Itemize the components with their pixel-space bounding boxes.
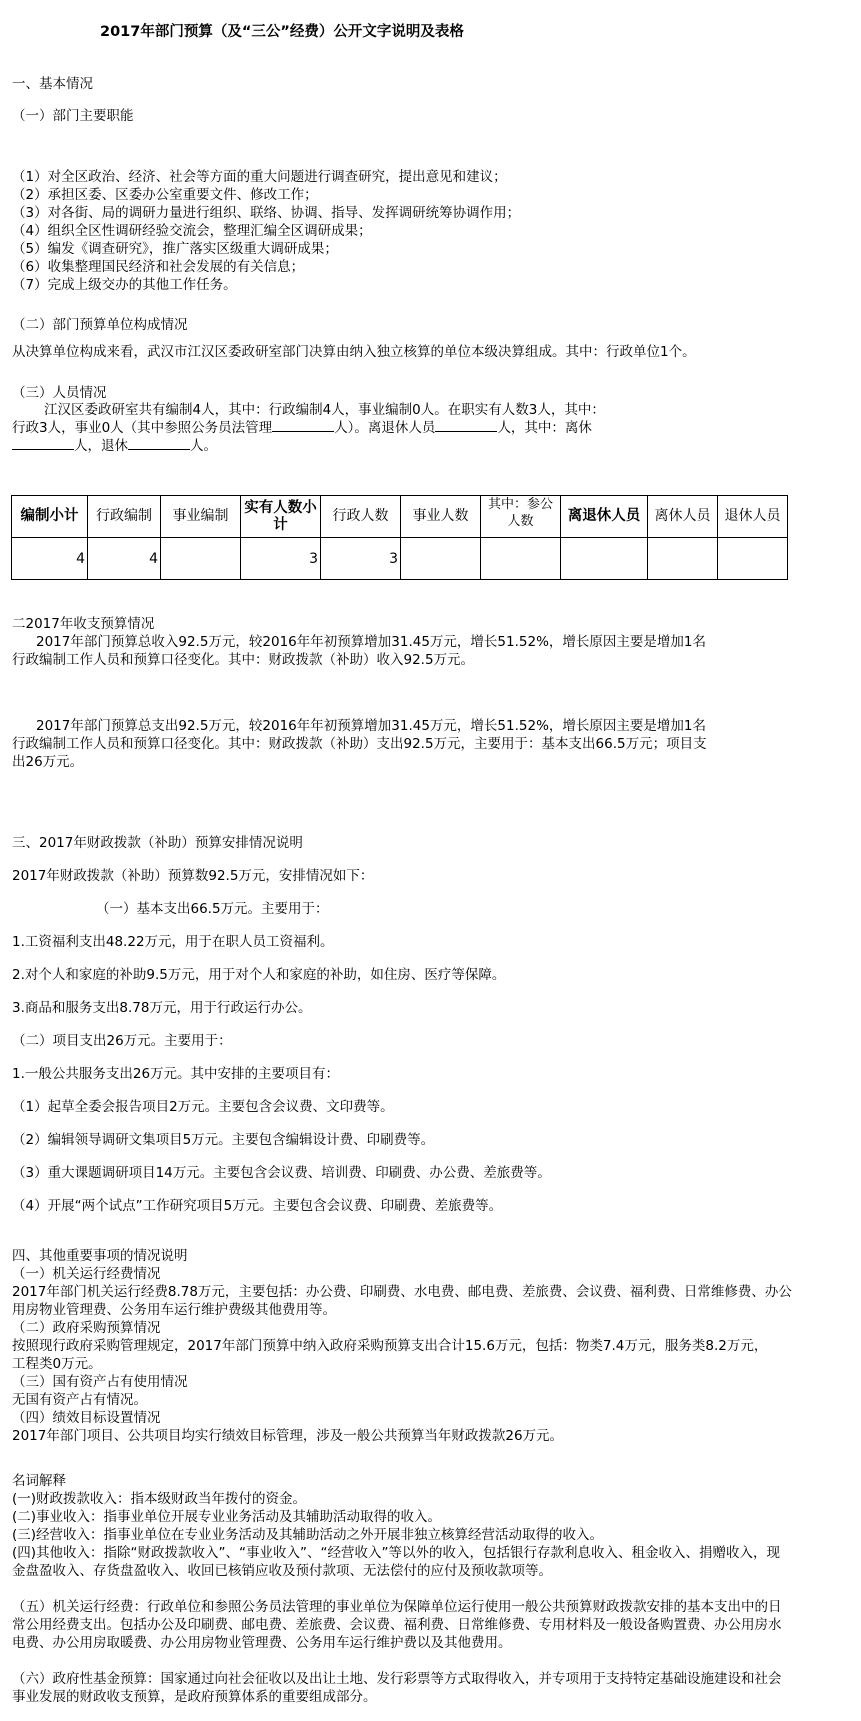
s4-text: 2017年部门机关运行经费8.78万元，主要包括：办公费、印刷费、水电费、邮电费…	[12, 1283, 792, 1319]
table-row: 4 4 3 3	[12, 538, 788, 580]
s4-sub-heading: （四）绩效目标设置情况	[12, 1409, 161, 1427]
glossary-item: （六）政府性基金预算：国家通过向社会征收以及出让土地、发行彩票等方式取得收入，并…	[12, 1670, 792, 1706]
table-cell	[481, 538, 561, 580]
duty-item: （5）编发《调查研究》，推广落实区级重大调研成果；	[12, 240, 338, 258]
glossary-item: (二)事业收入：指事业单位开展专业业务活动及其辅助活动取得的收入。	[12, 1508, 441, 1526]
table-cell: 3	[241, 538, 321, 580]
table-header-cell: 其中：参公人数	[481, 496, 561, 538]
table-cell	[718, 538, 788, 580]
section-4-heading: 四、其他重要事项的情况说明	[12, 1247, 188, 1265]
project-item: （4）开展“两个试点”工作研究项目5万元。主要包含会议费、印刷费、差旅费等。	[12, 1197, 502, 1215]
subsection-duties-heading: （一）部门主要职能	[12, 107, 134, 125]
income-paragraph: 2017年部门预算总收入92.5万元，较2016年年初预算增加31.45万元，增…	[12, 633, 712, 669]
table-header-cell: 离休人员	[648, 496, 718, 538]
duty-item: （2）承担区委、区委办公室重要文件、修改工作；	[12, 186, 318, 204]
table-header-cell: 事业人数	[401, 496, 481, 538]
staff-text-line-1: 江汉区委政研室共有编制4人，其中：行政编制4人，事业编制0人。在职实有人数3人，…	[44, 401, 605, 419]
basic-expense-heading: （一）基本支出66.5万元。主要用于：	[96, 900, 329, 918]
duty-item: （6）收集整理国民经济和社会发展的有关信息；	[12, 258, 304, 276]
s4-text: 2017年部门项目、公共项目均实行绩效目标管理，涉及一般公共预算当年财政拨款26…	[12, 1427, 563, 1445]
glossary-item: (三)经营收入：指事业单位在专业业务活动及其辅助活动之外开展非独立核算经营活动取…	[12, 1526, 603, 1544]
staff-table: 编制小计 行政编制 事业编制 实有人数小计 行政人数 事业人数 其中：参公人数 …	[11, 495, 788, 580]
s4-sub-heading: （一）机关运行经费情况	[12, 1265, 161, 1283]
page-title: 2017年部门预算（及“三公”经费）公开文字说明及表格	[100, 23, 464, 41]
project-general-text: 1.一般公共服务支出26万元。其中安排的主要项目有：	[12, 1065, 339, 1083]
table-cell: 3	[321, 538, 401, 580]
duty-item: （7）完成上级交办的其他工作任务。	[12, 276, 237, 294]
staff-text-part: 人）。离退休人员	[334, 420, 435, 436]
s4-text: 无国有资产占有情况。	[12, 1391, 147, 1409]
table-header-cell: 事业编制	[161, 496, 241, 538]
table-header-cell: 行政编制	[88, 496, 161, 538]
units-text: 从决算单位构成来看，武汉市江汉区委政研室部门决算由纳入独立核算的单位本级决算组成…	[12, 343, 696, 361]
blank-field	[435, 419, 497, 432]
blank-field	[128, 437, 190, 450]
blank-field	[12, 437, 74, 450]
table-header-cell: 退休人员	[718, 496, 788, 538]
s4-sub-heading: （二）政府采购预算情况	[12, 1319, 161, 1337]
table-cell: 4	[12, 538, 88, 580]
basic-expense-item: 1.工资福利支出48.22万元，用于在职人员工资福利。	[12, 933, 334, 951]
staff-text-part: 人。	[190, 438, 217, 454]
table-header-cell: 编制小计	[12, 496, 88, 538]
table-header-row: 编制小计 行政编制 事业编制 实有人数小计 行政人数 事业人数 其中：参公人数 …	[12, 496, 788, 538]
table-cell	[401, 538, 481, 580]
glossary-item: (一)财政拨款收入：指本级财政当年拨付的资金。	[12, 1490, 306, 1508]
staff-text-part: 人，其中：离休	[497, 420, 592, 436]
subsection-staff-heading: （三）人员情况	[12, 384, 107, 402]
blank-field	[272, 419, 334, 432]
duty-item: （1）对全区政治、经济、社会等方面的重大问题进行调查研究，提出意见和建议；	[12, 168, 507, 186]
section-3-intro: 2017年财政拨款（补助）预算数92.5万元，安排情况如下：	[12, 867, 373, 885]
project-item: （1）起草全委会报告项目2万元。主要包含会议费、文印费等。	[12, 1098, 394, 1116]
section-1-heading: 一、基本情况	[12, 75, 93, 93]
table-cell: 4	[88, 538, 161, 580]
expense-paragraph: 2017年部门预算总支出92.5万元，较2016年年初预算增加31.45万元，增…	[12, 717, 712, 771]
duty-item: （3）对各街、局的调研力量进行组织、联络、协调、指导、发挥调研统筹协调作用；	[12, 204, 520, 222]
table-cell	[161, 538, 241, 580]
table-cell	[648, 538, 718, 580]
table-cell	[561, 538, 648, 580]
table-header-cell: 离退休人员	[561, 496, 648, 538]
staff-text-line-2: 行政3人，事业0人（其中参照公务员法管理人）。离退休人员人，其中：离休	[12, 419, 592, 437]
table-header-cell: 实有人数小计	[241, 496, 321, 538]
staff-text-part: 行政3人，事业0人（其中参照公务员法管理	[12, 420, 272, 436]
s4-sub-heading: （三）国有资产占有使用情况	[12, 1373, 188, 1391]
project-expense-heading: （二）项目支出26万元。主要用于：	[12, 1032, 232, 1050]
glossary-heading: 名词解释	[12, 1472, 66, 1490]
duty-item: （4）组织全区性调研经验交流会，整理汇编全区调研成果；	[12, 222, 372, 240]
glossary-item: (四)其他收入：指除“财政拨款收入”、“事业收入”、“经营收入”等以外的收入，包…	[12, 1544, 792, 1580]
subsection-units-heading: （二）部门预算单位构成情况	[12, 316, 188, 334]
project-item: （2）编辑领导调研文集项目5万元。主要包含编辑设计费、印刷费等。	[12, 1131, 434, 1149]
staff-text-part: 人，退休	[74, 438, 128, 454]
section-3-heading: 三、2017年财政拨款（补助）预算安排情况说明	[12, 834, 303, 852]
staff-text-line-3: 人，退休人。	[12, 437, 217, 455]
table-header-cell: 行政人数	[321, 496, 401, 538]
section-2-heading: 二2017年收支预算情况	[12, 615, 154, 633]
project-item: （3）重大课题调研项目14万元。主要包含会议费、培训费、印刷费、办公费、差旅费等…	[12, 1164, 551, 1182]
basic-expense-item: 3.商品和服务支出8.78万元，用于行政运行办公。	[12, 999, 311, 1017]
s4-text: 按照现行政府采购管理规定，2017年部门预算中纳入政府采购预算支出合计15.6万…	[12, 1337, 772, 1373]
glossary-item: （五）机关运行经费：行政单位和参照公务员法管理的事业单位为保障单位运行使用一般公…	[12, 1598, 792, 1652]
basic-expense-item: 2.对个人和家庭的补助9.5万元，用于对个人和家庭的补助，如住房、医疗等保障。	[12, 966, 505, 984]
